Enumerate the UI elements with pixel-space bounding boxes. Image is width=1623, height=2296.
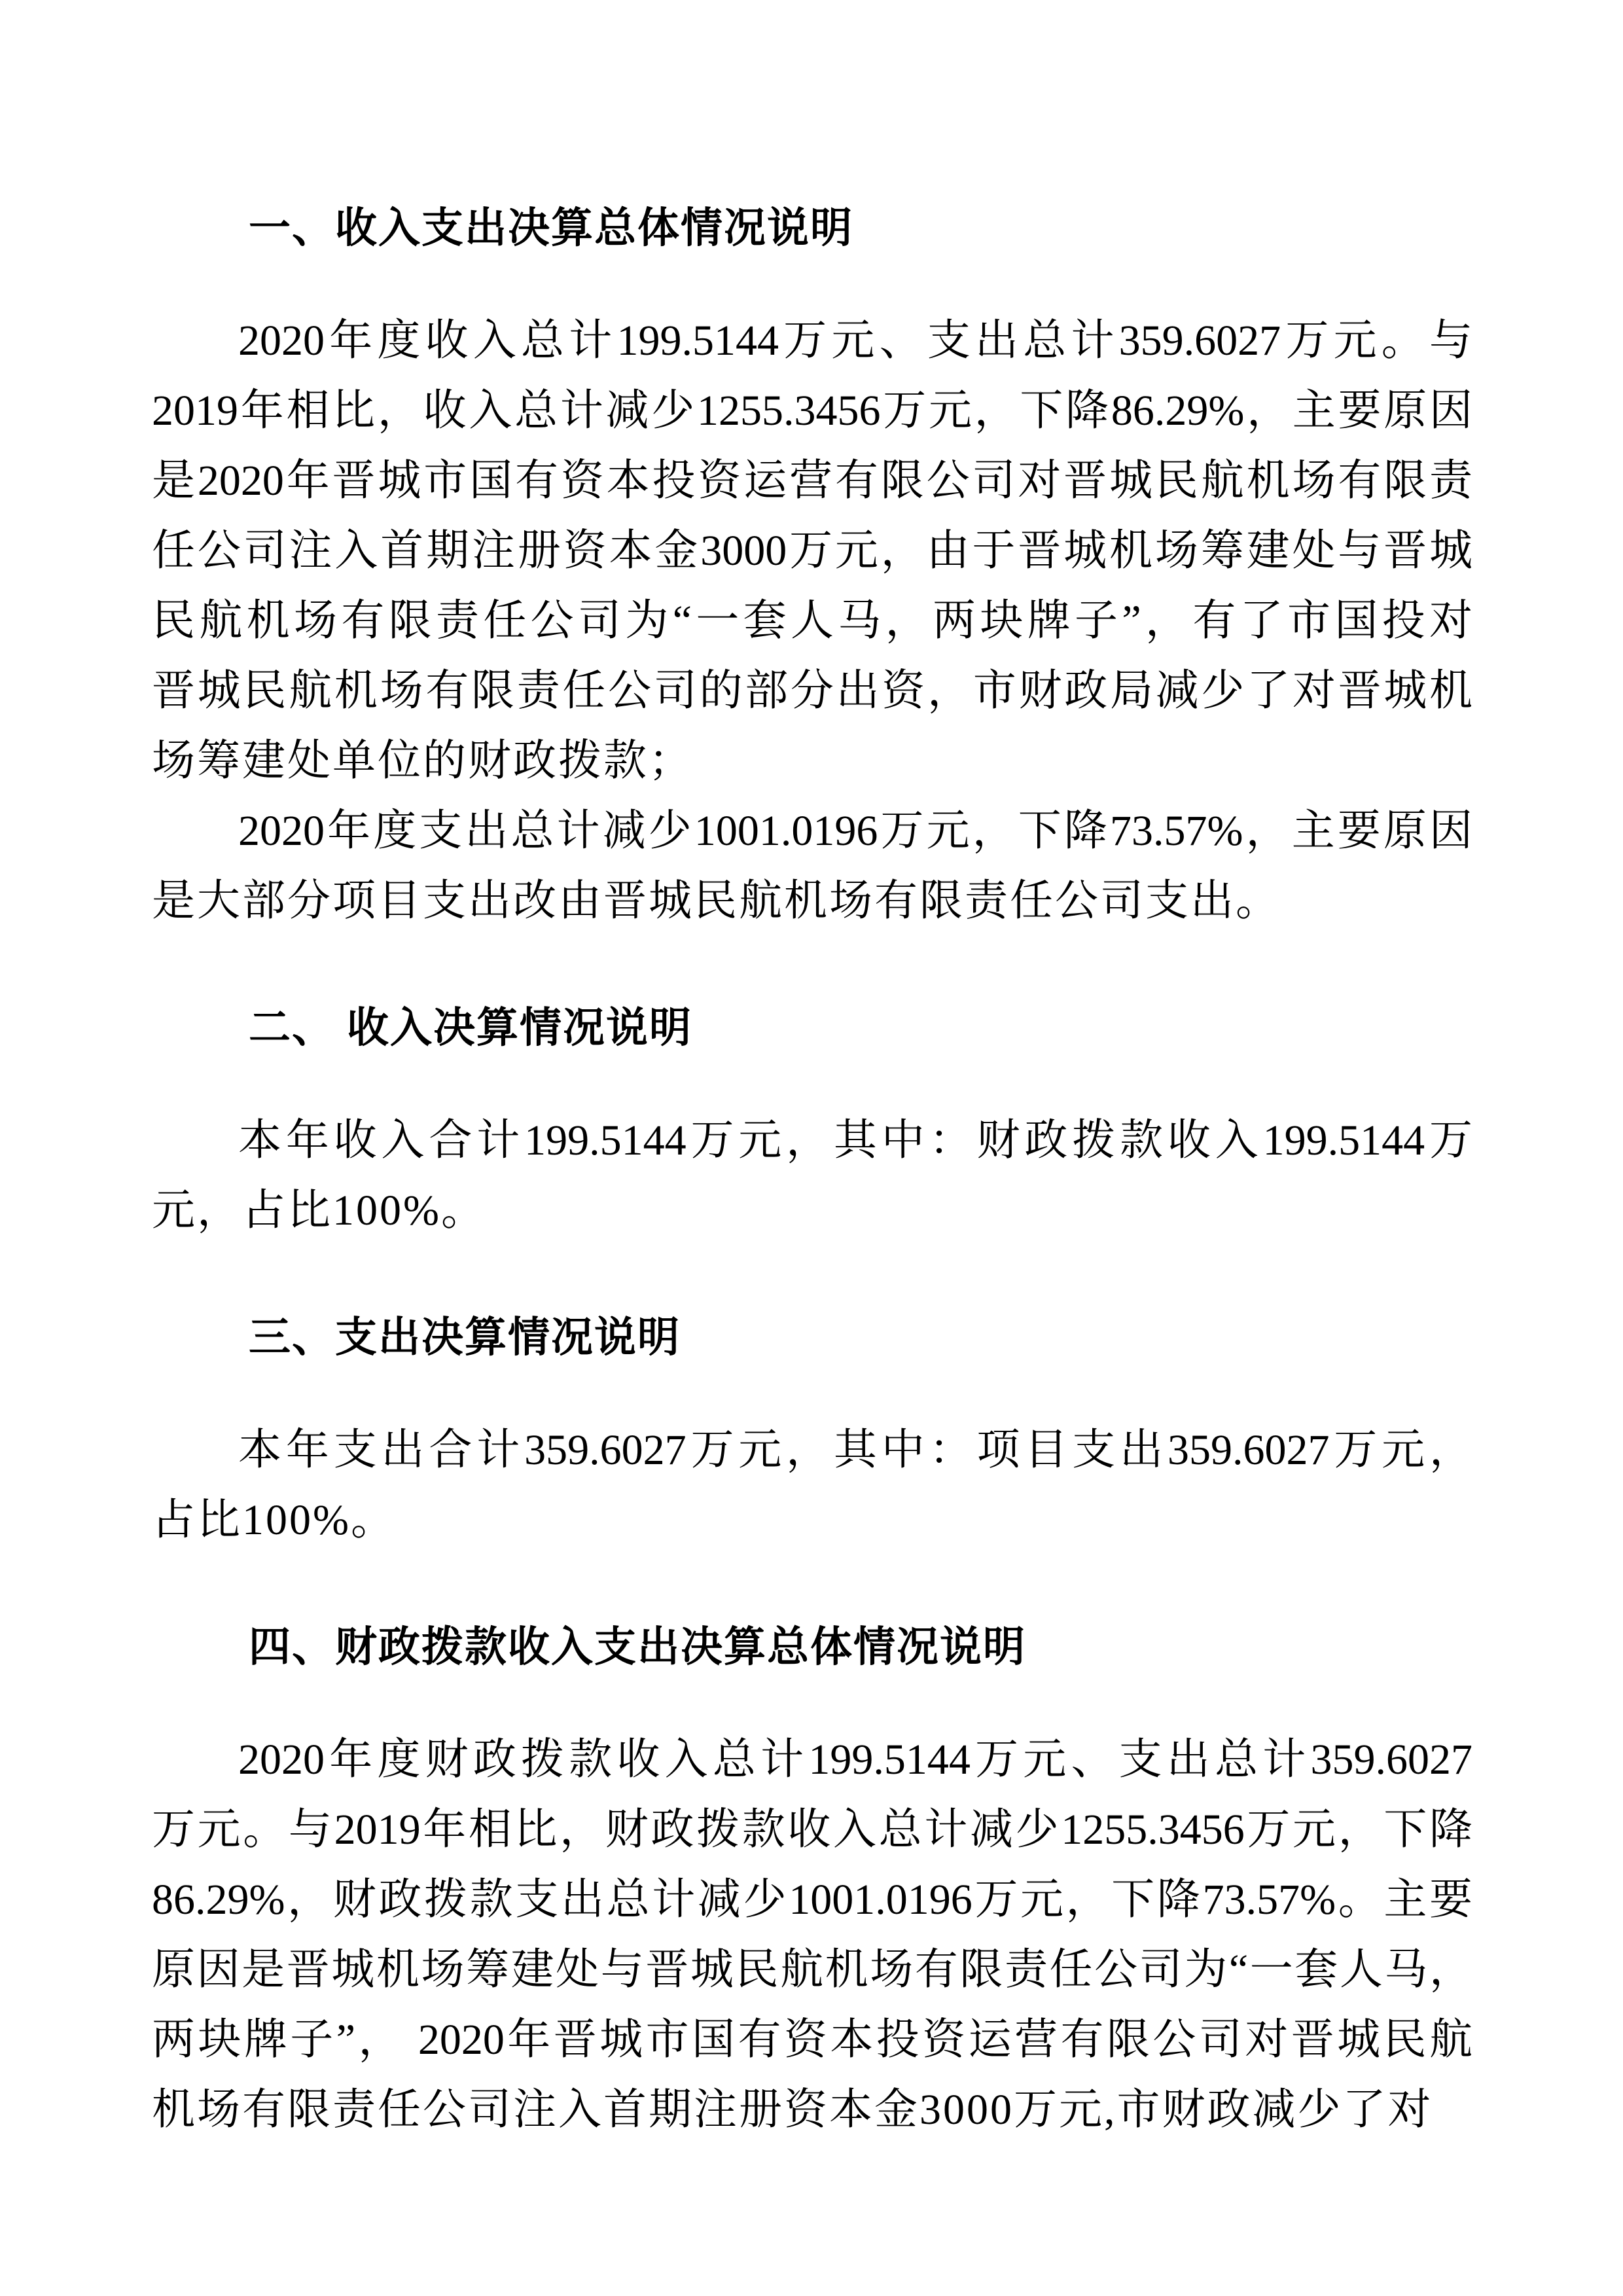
section-4-heading: 四、财政拨款收入支出决算总体情况说明 [152,1611,1472,1684]
text-line: 机场有限责任公司注入首期注册资本金3000万元,市财政减少了对 [152,2075,1472,2145]
text-line: 本年支出合计359.6027万元，其中：项目支出359.6027万元， [152,1415,1472,1485]
text-line: 2020年度收入总计199.5144万元、支出总计359.6027万元。与 [152,306,1472,376]
text-line: 占比100%。 [152,1485,1472,1555]
section-income-final-accounts: 二、 收入决算情况说明 本年收入合计199.5144万元，其中：财政拨款收入19… [152,992,1472,1246]
section-expenditure-final-accounts: 三、支出决算情况说明 本年支出合计359.6027万元，其中：项目支出359.6… [152,1301,1472,1555]
text-line: 两块牌子”， 2020年晋城市国有资本投资运营有限公司对晋城民航 [152,2005,1472,2075]
text-line: 是2020年晋城市国有资本投资运营有限公司对晋城民航机场有限责 [152,446,1472,516]
section-3-heading: 三、支出决算情况说明 [152,1301,1472,1374]
text-line: 晋城民航机场有限责任公司的部分出资，市财政局减少了对晋城机 [152,656,1472,726]
text-line: 任公司注入首期注册资本金3000万元，由于晋城机场筹建处与晋城 [152,516,1472,586]
section-2-heading: 二、 收入决算情况说明 [152,992,1472,1065]
text-line: 2020年度财政拨款收入总计199.5144万元、支出总计359.6027 [152,1725,1472,1795]
text-line: 场筹建处单位的财政拨款； [152,726,1472,796]
paragraph: 本年支出合计359.6027万元，其中：项目支出359.6027万元， 占比10… [152,1415,1472,1555]
section-fiscal-appropriation-overview: 四、财政拨款收入支出决算总体情况说明 2020年度财政拨款收入总计199.514… [152,1611,1472,2145]
paragraph: 2020年度财政拨款收入总计199.5144万元、支出总计359.6027 万元… [152,1725,1472,2145]
text-line: 民航机场有限责任公司为“一套人马，两块牌子”，有了市国投对 [152,586,1472,656]
text-line: 是大部分项目支出改由晋城民航机场有限责任公司支出。 [152,866,1472,936]
paragraph: 2020年度收入总计199.5144万元、支出总计359.6027万元。与 20… [152,306,1472,796]
text-line: 元，占比100%。 [152,1175,1472,1246]
text-line: 2020年度支出总计减少1001.0196万元，下降73.57%，主要原因 [152,796,1472,866]
text-line: 原因是晋城机场筹建处与晋城民航机场有限责任公司为“一套人马， [152,1935,1472,2005]
paragraph: 本年收入合计199.5144万元，其中：财政拨款收入199.5144万 元，占比… [152,1105,1472,1246]
text-line: 本年收入合计199.5144万元，其中：财政拨款收入199.5144万 [152,1105,1472,1175]
text-line: 万元。与2019年相比，财政拨款收入总计减少1255.3456万元，下降 [152,1795,1472,1865]
section-income-expenditure-overview: 一、收入支出决算总体情况说明 2020年度收入总计199.5144万元、支出总计… [152,192,1472,936]
document-page: 一、收入支出决算总体情况说明 2020年度收入总计199.5144万元、支出总计… [0,0,1623,2296]
section-1-heading: 一、收入支出决算总体情况说明 [152,192,1472,265]
paragraph: 2020年度支出总计减少1001.0196万元，下降73.57%，主要原因 是大… [152,796,1472,936]
text-line: 2019年相比，收入总计减少1255.3456万元，下降86.29%，主要原因 [152,376,1472,446]
text-line: 86.29%，财政拨款支出总计减少1001.0196万元，下降73.57%。主要 [152,1865,1472,1935]
